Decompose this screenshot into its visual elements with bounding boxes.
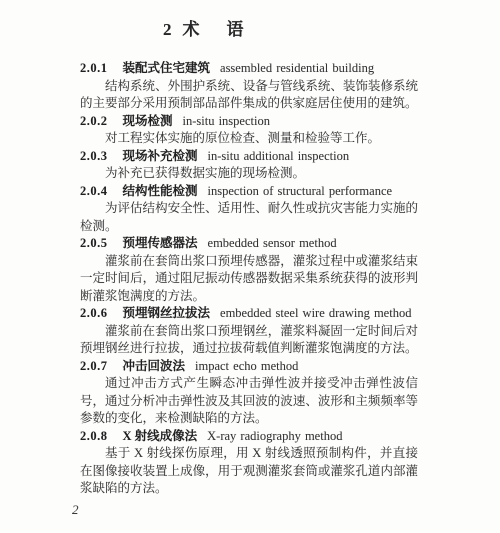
term-entry: 2.0.6预埋钢丝拉拔法embedded steel wire drawing …	[80, 305, 418, 358]
term-entry: 2.0.1装配式住宅建筑assembled residential buildi…	[80, 60, 418, 113]
term-name-zh: 现场补充检测	[123, 149, 198, 163]
term-definition: 结构系统、外围护系统、设备与管线系统、装饰装修系统的主要部分采用预制部品部件集成…	[80, 78, 418, 113]
term-name-en: in-situ additional inspection	[208, 149, 350, 163]
term-entry: 2.0.7冲击回波法impact echo method 通过冲击方式产生瞬态冲…	[80, 358, 418, 428]
term-definition: 基于 X 射线探伤原理，用 X 射线透照预制构件，并直接在图像接收装置上成像，用…	[80, 445, 418, 498]
term-name-zh: 现场检测	[123, 114, 173, 128]
term-heading: 2.0.6预埋钢丝拉拔法embedded steel wire drawing …	[80, 305, 418, 323]
term-name-zh: 预埋传感器法	[123, 236, 198, 250]
term-heading: 2.0.5预埋传感器法embedded sensor method	[80, 235, 418, 253]
term-number: 2.0.6	[80, 306, 108, 320]
term-heading: 2.0.8X 射线成像法X-ray radiography method	[80, 428, 418, 446]
term-name-en: embedded sensor method	[208, 236, 337, 250]
term-entry: 2.0.3现场补充检测in-situ additional inspection…	[80, 148, 418, 183]
term-definition: 对工程实体实施的原位检查、测量和检验等工作。	[80, 130, 418, 148]
term-definition: 通过冲击方式产生瞬态冲击弹性波并接受冲击弹性波信号，通过分析冲击弹性波及其回波的…	[80, 375, 418, 428]
term-entry: 2.0.8X 射线成像法X-ray radiography method 基于 …	[80, 428, 418, 498]
term-name-en: impact echo method	[195, 359, 298, 373]
term-heading: 2.0.2现场检测in-situ inspection	[80, 113, 418, 131]
term-name-en: embedded steel wire drawing method	[220, 306, 411, 320]
terminology-entries: 2.0.1装配式住宅建筑assembled residential buildi…	[80, 60, 418, 498]
term-name-zh: 装配式住宅建筑	[123, 61, 211, 75]
chapter-title-word: 术	[183, 20, 200, 39]
scanned-document-page: 2术语 2.0.1装配式住宅建筑assembled residential bu…	[0, 0, 500, 533]
term-heading: 2.0.3现场补充检测in-situ additional inspection	[80, 148, 418, 166]
term-entry: 2.0.4结构性能检测inspection of structural perf…	[80, 183, 418, 236]
term-name-en: assembled residential building	[220, 61, 374, 75]
term-number: 2.0.5	[80, 236, 108, 250]
term-definition: 为评估结构安全性、适用性、耐久性或抗灾害能力实施的检测。	[80, 200, 418, 235]
term-number: 2.0.2	[80, 114, 108, 128]
term-entry: 2.0.2现场检测in-situ inspection 对工程实体实施的原位检查…	[80, 113, 418, 148]
term-name-en: in-situ inspection	[183, 114, 270, 128]
term-definition: 灌浆前在套筒出浆口预埋传感器，灌浆过程中或灌浆结束一定时间后，通过阻尼振动传感器…	[80, 253, 418, 306]
term-name-en: inspection of structural performance	[208, 184, 393, 198]
page-number: 2	[72, 502, 79, 518]
term-name-zh: 冲击回波法	[123, 359, 186, 373]
term-definition: 灌浆前在套筒出浆口预埋钢丝，灌浆料凝固一定时间后对预埋钢丝进行拉拔，通过拉拔荷载…	[80, 323, 418, 358]
term-name-en: X-ray radiography method	[207, 429, 342, 443]
term-name-zh: 预埋钢丝拉拔法	[123, 306, 211, 320]
term-number: 2.0.7	[80, 359, 108, 373]
term-heading: 2.0.1装配式住宅建筑assembled residential buildi…	[80, 60, 418, 78]
term-name-zh: 结构性能检测	[123, 184, 198, 198]
term-entry: 2.0.5预埋传感器法embedded sensor method 灌浆前在套筒…	[80, 235, 418, 305]
chapter-title: 2术语	[163, 15, 244, 40]
term-number: 2.0.3	[80, 149, 108, 163]
term-definition: 为补充已获得数据实施的现场检测。	[80, 165, 418, 183]
term-name-zh: X 射线成像法	[123, 429, 198, 443]
term-number: 2.0.1	[80, 61, 108, 75]
term-number: 2.0.8	[80, 429, 108, 443]
chapter-title-word: 语	[227, 20, 244, 39]
term-heading: 2.0.4结构性能检测inspection of structural perf…	[80, 183, 418, 201]
chapter-number: 2	[163, 20, 172, 39]
term-number: 2.0.4	[80, 184, 108, 198]
term-heading: 2.0.7冲击回波法impact echo method	[80, 358, 418, 376]
